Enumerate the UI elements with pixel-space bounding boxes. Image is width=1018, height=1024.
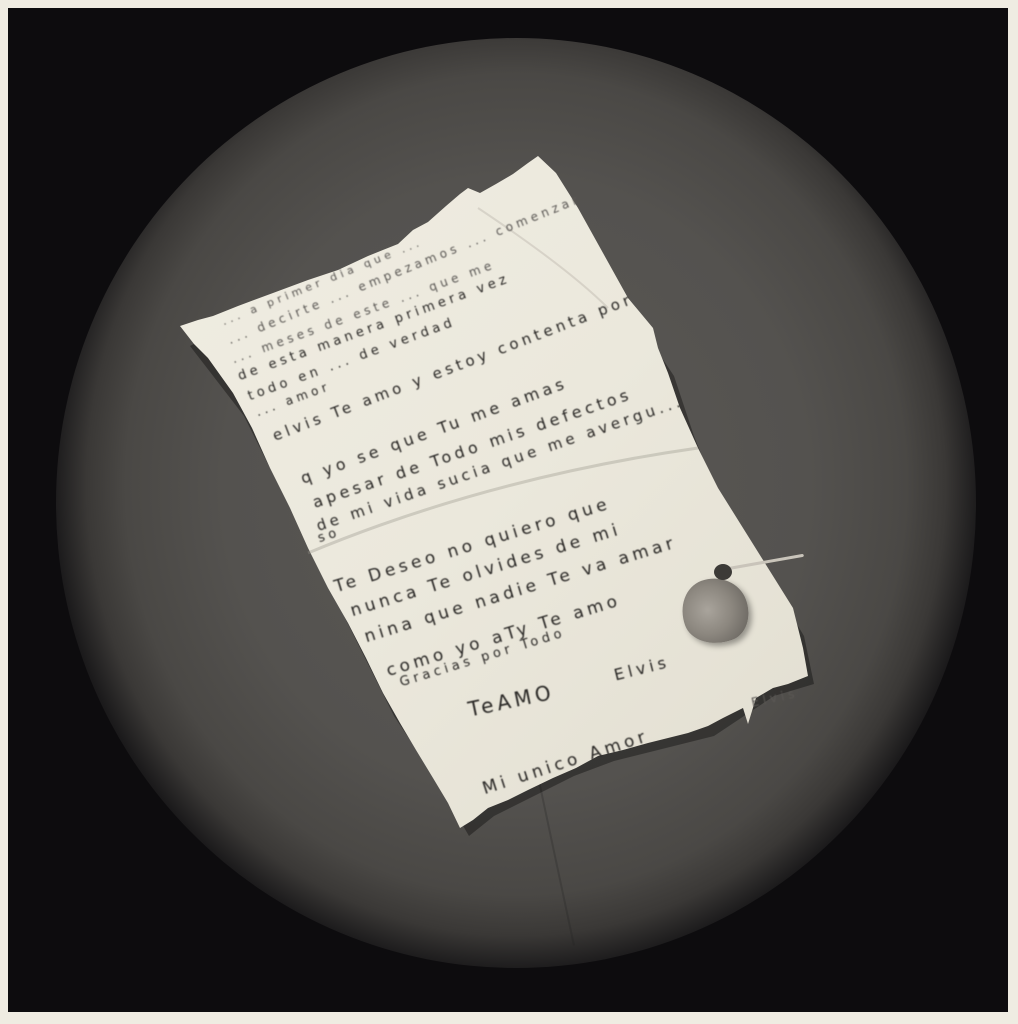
- note-signature: Elvis: [612, 652, 672, 684]
- handwritten-text: ... a primer dia que ... ... decirte ...…: [8, 8, 1008, 1012]
- note-line: TeAMO: [466, 680, 557, 722]
- photo-print: ... a primer dia que ... ... decirte ...…: [8, 8, 1008, 1012]
- note-line: Mi unico Amor: [480, 726, 651, 799]
- note-signature: Elvis: [750, 686, 799, 710]
- tissue-knot: [714, 564, 732, 580]
